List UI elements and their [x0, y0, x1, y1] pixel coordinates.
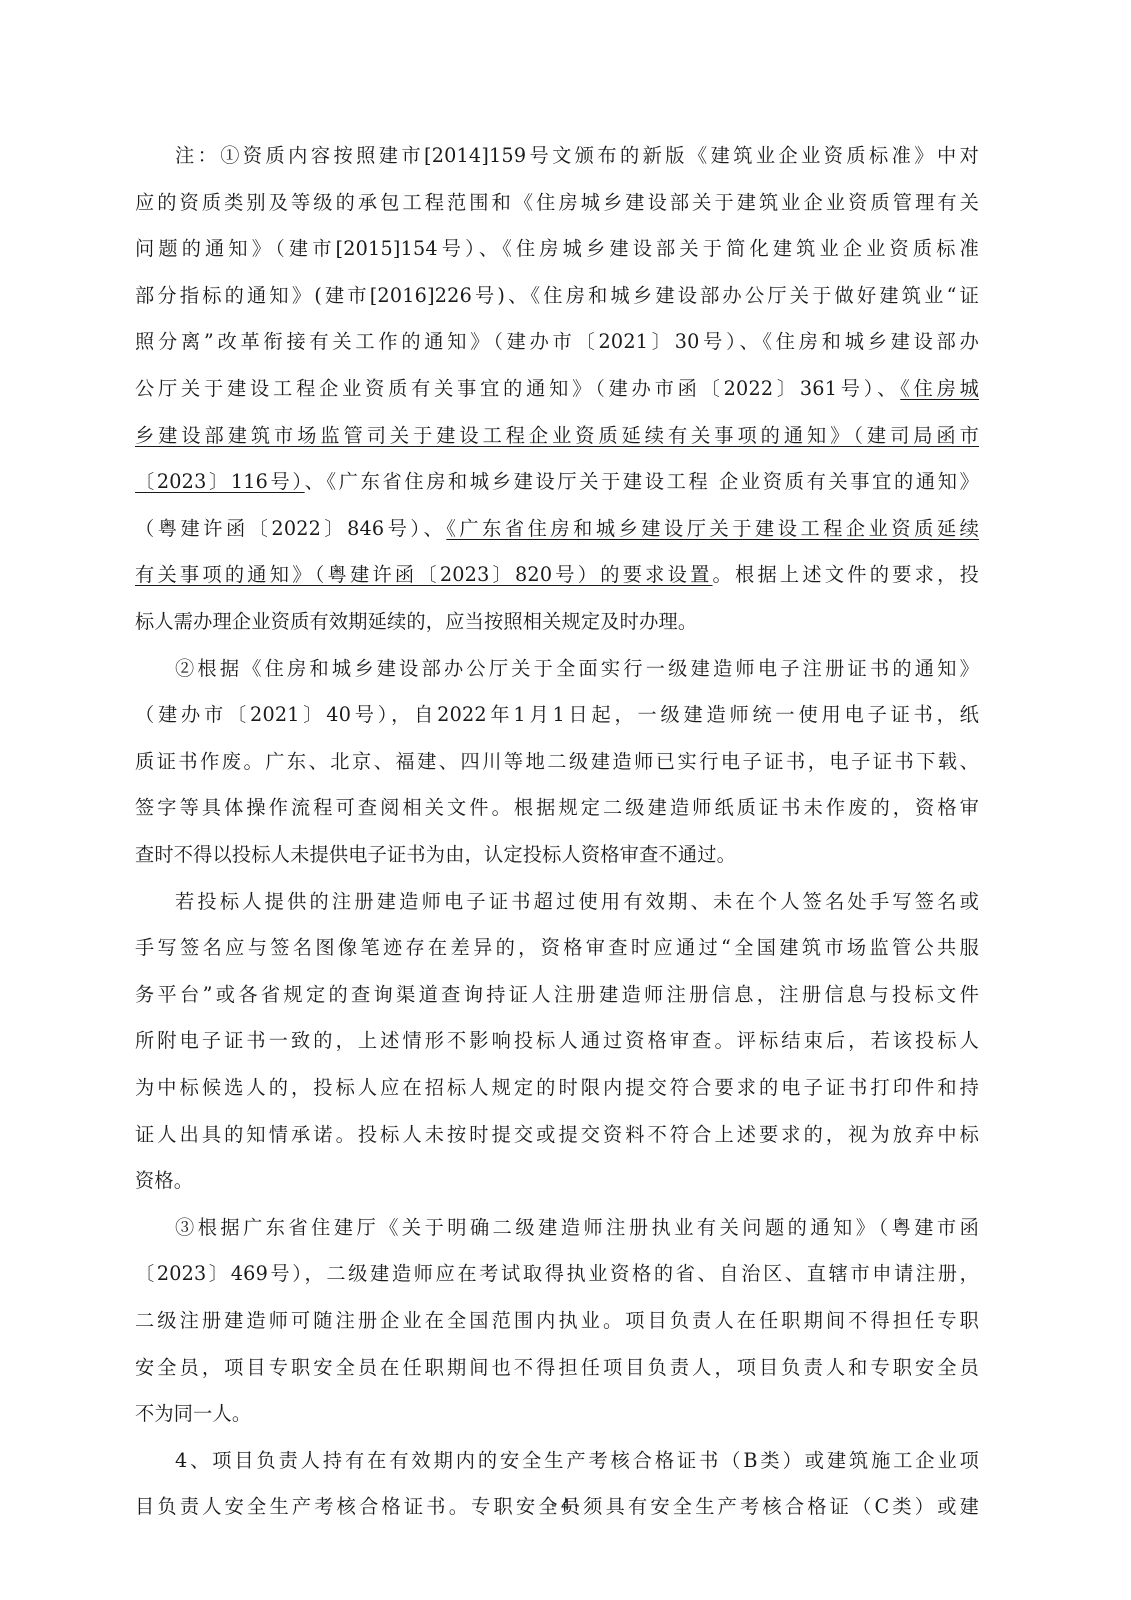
- text-line: （粤建许函〔2022〕846号）、《广东省住房和城乡建设厅关于建设工程企业资质延…: [135, 513, 979, 545]
- text-segment: 质证书作废。广东、北京、福建、四川等地二级建造师已实行电子证书，电子证书下载、: [135, 750, 979, 773]
- text-line: 所附电子证书一致的，上述情形不影响投标人通过资格审查。评标结束后，若该投标人: [135, 1025, 979, 1057]
- text-line: 部分指标的通知》(建市[2016]226号)、《住房和城乡建设部办公厅关于做好建…: [135, 280, 979, 312]
- text-line: 查时不得以投标人未提供电子证书为由，认定投标人资格审查不通过。: [135, 839, 979, 871]
- text-segment: 注：①资质内容按照建市[2014]159号文颁布的新版《建筑业企业资质标准》中对: [175, 144, 979, 167]
- page-number: - 4 -: [0, 1497, 1131, 1515]
- text-line: 有关事项的通知》（粤建许函〔2023〕820号）的要求设置。根据上述文件的要求，…: [135, 559, 979, 591]
- text-line: ②根据《住房和城乡建设部办公厅关于全面实行一级建造师电子注册证书的通知》: [175, 653, 979, 685]
- text-segment: 所附电子证书一致的，上述情形不影响投标人通过资格审查。评标结束后，若该投标人: [135, 1029, 979, 1052]
- text-line: 二级注册建造师可随注册企业在全国范围内执业。项目负责人在任职期间不得担任专职: [135, 1305, 979, 1337]
- text-segment: 4、项目负责人持有在有效期内的安全生产考核合格证书（B类）或建筑施工企业项: [175, 1449, 979, 1472]
- text-segment: 为中标候选人的，投标人应在招标人规定的时限内提交符合要求的电子证书打印件和持: [135, 1076, 979, 1099]
- text-segment: 安全员，项目专职安全员在任职期间也不得担任项目负责人，项目负责人和专职安全员: [135, 1356, 979, 1379]
- text-line: 若投标人提供的注册建造师电子证书超过使用有效期、未在个人签名处手写签名或: [175, 886, 979, 918]
- text-line: 资格。: [135, 1165, 979, 1197]
- underlined-text: 《广东省住房和城乡建设厅关于建设工程企业资质延续: [446, 517, 979, 540]
- text-segment: ②根据《住房和城乡建设部办公厅关于全面实行一级建造师电子注册证书的通知》: [175, 657, 979, 680]
- text-segment: 标人需办理企业资质有效期延续的，应当按照相关规定及时办理。: [135, 610, 697, 633]
- text-segment: ③根据广东省住建厅《关于明确二级建造师注册执业有关问题的通知》（粤建市函: [175, 1216, 979, 1239]
- text-segment: 应的资质类别及等级的承包工程范围和《住房城乡建设部关于建筑业企业资质管理有关: [135, 191, 979, 214]
- text-segment: 证人出具的知情承诺。投标人未按时提交或提交资料不符合上述要求的，视为放弃中标: [135, 1123, 979, 1146]
- text-segment: 公厅关于建设工程企业资质有关事宜的通知》（建办市函〔2022〕361号）、: [135, 377, 900, 400]
- text-line: 〔2023〕116号）、《广东省住房和城乡建设厅关于建设工程 企业资质有关事宜的…: [135, 466, 979, 498]
- text-segment: 、《广东省住房和城乡建设厅关于建设工程 企业资质有关事宜的通知》: [305, 470, 979, 493]
- underlined-text: 有关事项的通知》（粤建许函〔2023〕820号）的要求设置: [135, 563, 713, 586]
- text-line: 乡建设部建筑市场监管司关于建设工程企业资质延续有关事项的通知》（建司局函市: [135, 420, 979, 452]
- text-segment: （建办市〔2021〕40号），自2022年1月1日起，一级建造师统一使用电子证书…: [135, 703, 979, 726]
- text-line: 不为同一人。: [135, 1398, 979, 1430]
- text-segment: 〔2023〕469号），二级建造师应在考试取得执业资格的省、自治区、直辖市申请注…: [135, 1262, 979, 1285]
- text-segment: 。根据上述文件的要求，投: [713, 563, 979, 586]
- text-line: （建办市〔2021〕40号），自2022年1月1日起，一级建造师统一使用电子证书…: [135, 699, 979, 731]
- text-line: 手写签名应与签名图像笔迹存在差异的，资格审查时应通过“全国建筑市场监管公共服: [135, 932, 979, 964]
- text-line: 〔2023〕469号），二级建造师应在考试取得执业资格的省、自治区、直辖市申请注…: [135, 1258, 979, 1290]
- text-line: 标人需办理企业资质有效期延续的，应当按照相关规定及时办理。: [135, 606, 979, 638]
- text-line: 应的资质类别及等级的承包工程范围和《住房城乡建设部关于建筑业企业资质管理有关: [135, 187, 979, 219]
- text-line: 安全员，项目专职安全员在任职期间也不得担任项目负责人，项目负责人和专职安全员: [135, 1352, 979, 1384]
- text-line: 注：①资质内容按照建市[2014]159号文颁布的新版《建筑业企业资质标准》中对: [175, 140, 979, 172]
- underlined-text: 乡建设部建筑市场监管司关于建设工程企业资质延续有关事项的通知》（建司局函市: [135, 424, 979, 447]
- text-segment: 问题的通知》（建市[2015]154号）、《住房城乡建设部关于简化建筑业企业资质…: [135, 237, 979, 260]
- text-segment: 二级注册建造师可随注册企业在全国范围内执业。项目负责人在任职期间不得担任专职: [135, 1309, 979, 1332]
- text-line: 4、项目负责人持有在有效期内的安全生产考核合格证书（B类）或建筑施工企业项: [175, 1445, 979, 1477]
- text-segment: 不为同一人。: [135, 1402, 251, 1425]
- text-segment: 若投标人提供的注册建造师电子证书超过使用有效期、未在个人签名处手写签名或: [175, 890, 979, 913]
- text-line: 为中标候选人的，投标人应在招标人规定的时限内提交符合要求的电子证书打印件和持: [135, 1072, 979, 1104]
- text-segment: 查时不得以投标人未提供电子证书为由，认定投标人资格审查不通过。: [135, 843, 736, 866]
- text-line: 公厅关于建设工程企业资质有关事宜的通知》（建办市函〔2022〕361号）、《住房…: [135, 373, 979, 405]
- text-segment: 务平台”或各省规定的查询渠道查询持证人注册建造师注册信息，注册信息与投标文件: [135, 983, 979, 1006]
- text-segment: （粤建许函〔2022〕846号）、: [135, 517, 446, 540]
- text-line: 签字等具体操作流程可查阅相关文件。根据规定二级建造师纸质证书未作废的，资格审: [135, 792, 979, 824]
- document-page: 注：①资质内容按照建市[2014]159号文颁布的新版《建筑业企业资质标准》中对…: [0, 0, 1131, 1600]
- text-line: 问题的通知》（建市[2015]154号）、《住房城乡建设部关于简化建筑业企业资质…: [135, 233, 979, 265]
- text-line: 务平台”或各省规定的查询渠道查询持证人注册建造师注册信息，注册信息与投标文件: [135, 979, 979, 1011]
- text-segment: 资格。: [135, 1169, 193, 1192]
- text-segment: 部分指标的通知》(建市[2016]226号)、《住房和城乡建设部办公厅关于做好建…: [135, 284, 979, 307]
- text-segment: 照分离”改革衔接有关工作的通知》（建办市〔2021〕30号）、《住房和城乡建设部…: [135, 330, 979, 353]
- underlined-text: 《住房城: [900, 377, 979, 400]
- text-line: ③根据广东省住建厅《关于明确二级建造师注册执业有关问题的通知》（粤建市函: [175, 1212, 979, 1244]
- underlined-text: 〔2023〕116号）: [135, 470, 305, 493]
- text-segment: 签字等具体操作流程可查阅相关文件。根据规定二级建造师纸质证书未作废的，资格审: [135, 796, 979, 819]
- text-line: 证人出具的知情承诺。投标人未按时提交或提交资料不符合上述要求的，视为放弃中标: [135, 1119, 979, 1151]
- text-segment: 手写签名应与签名图像笔迹存在差异的，资格审查时应通过“全国建筑市场监管公共服: [135, 936, 979, 959]
- text-line: 质证书作废。广东、北京、福建、四川等地二级建造师已实行电子证书，电子证书下载、: [135, 746, 979, 778]
- text-line: 照分离”改革衔接有关工作的通知》（建办市〔2021〕30号）、《住房和城乡建设部…: [135, 326, 979, 358]
